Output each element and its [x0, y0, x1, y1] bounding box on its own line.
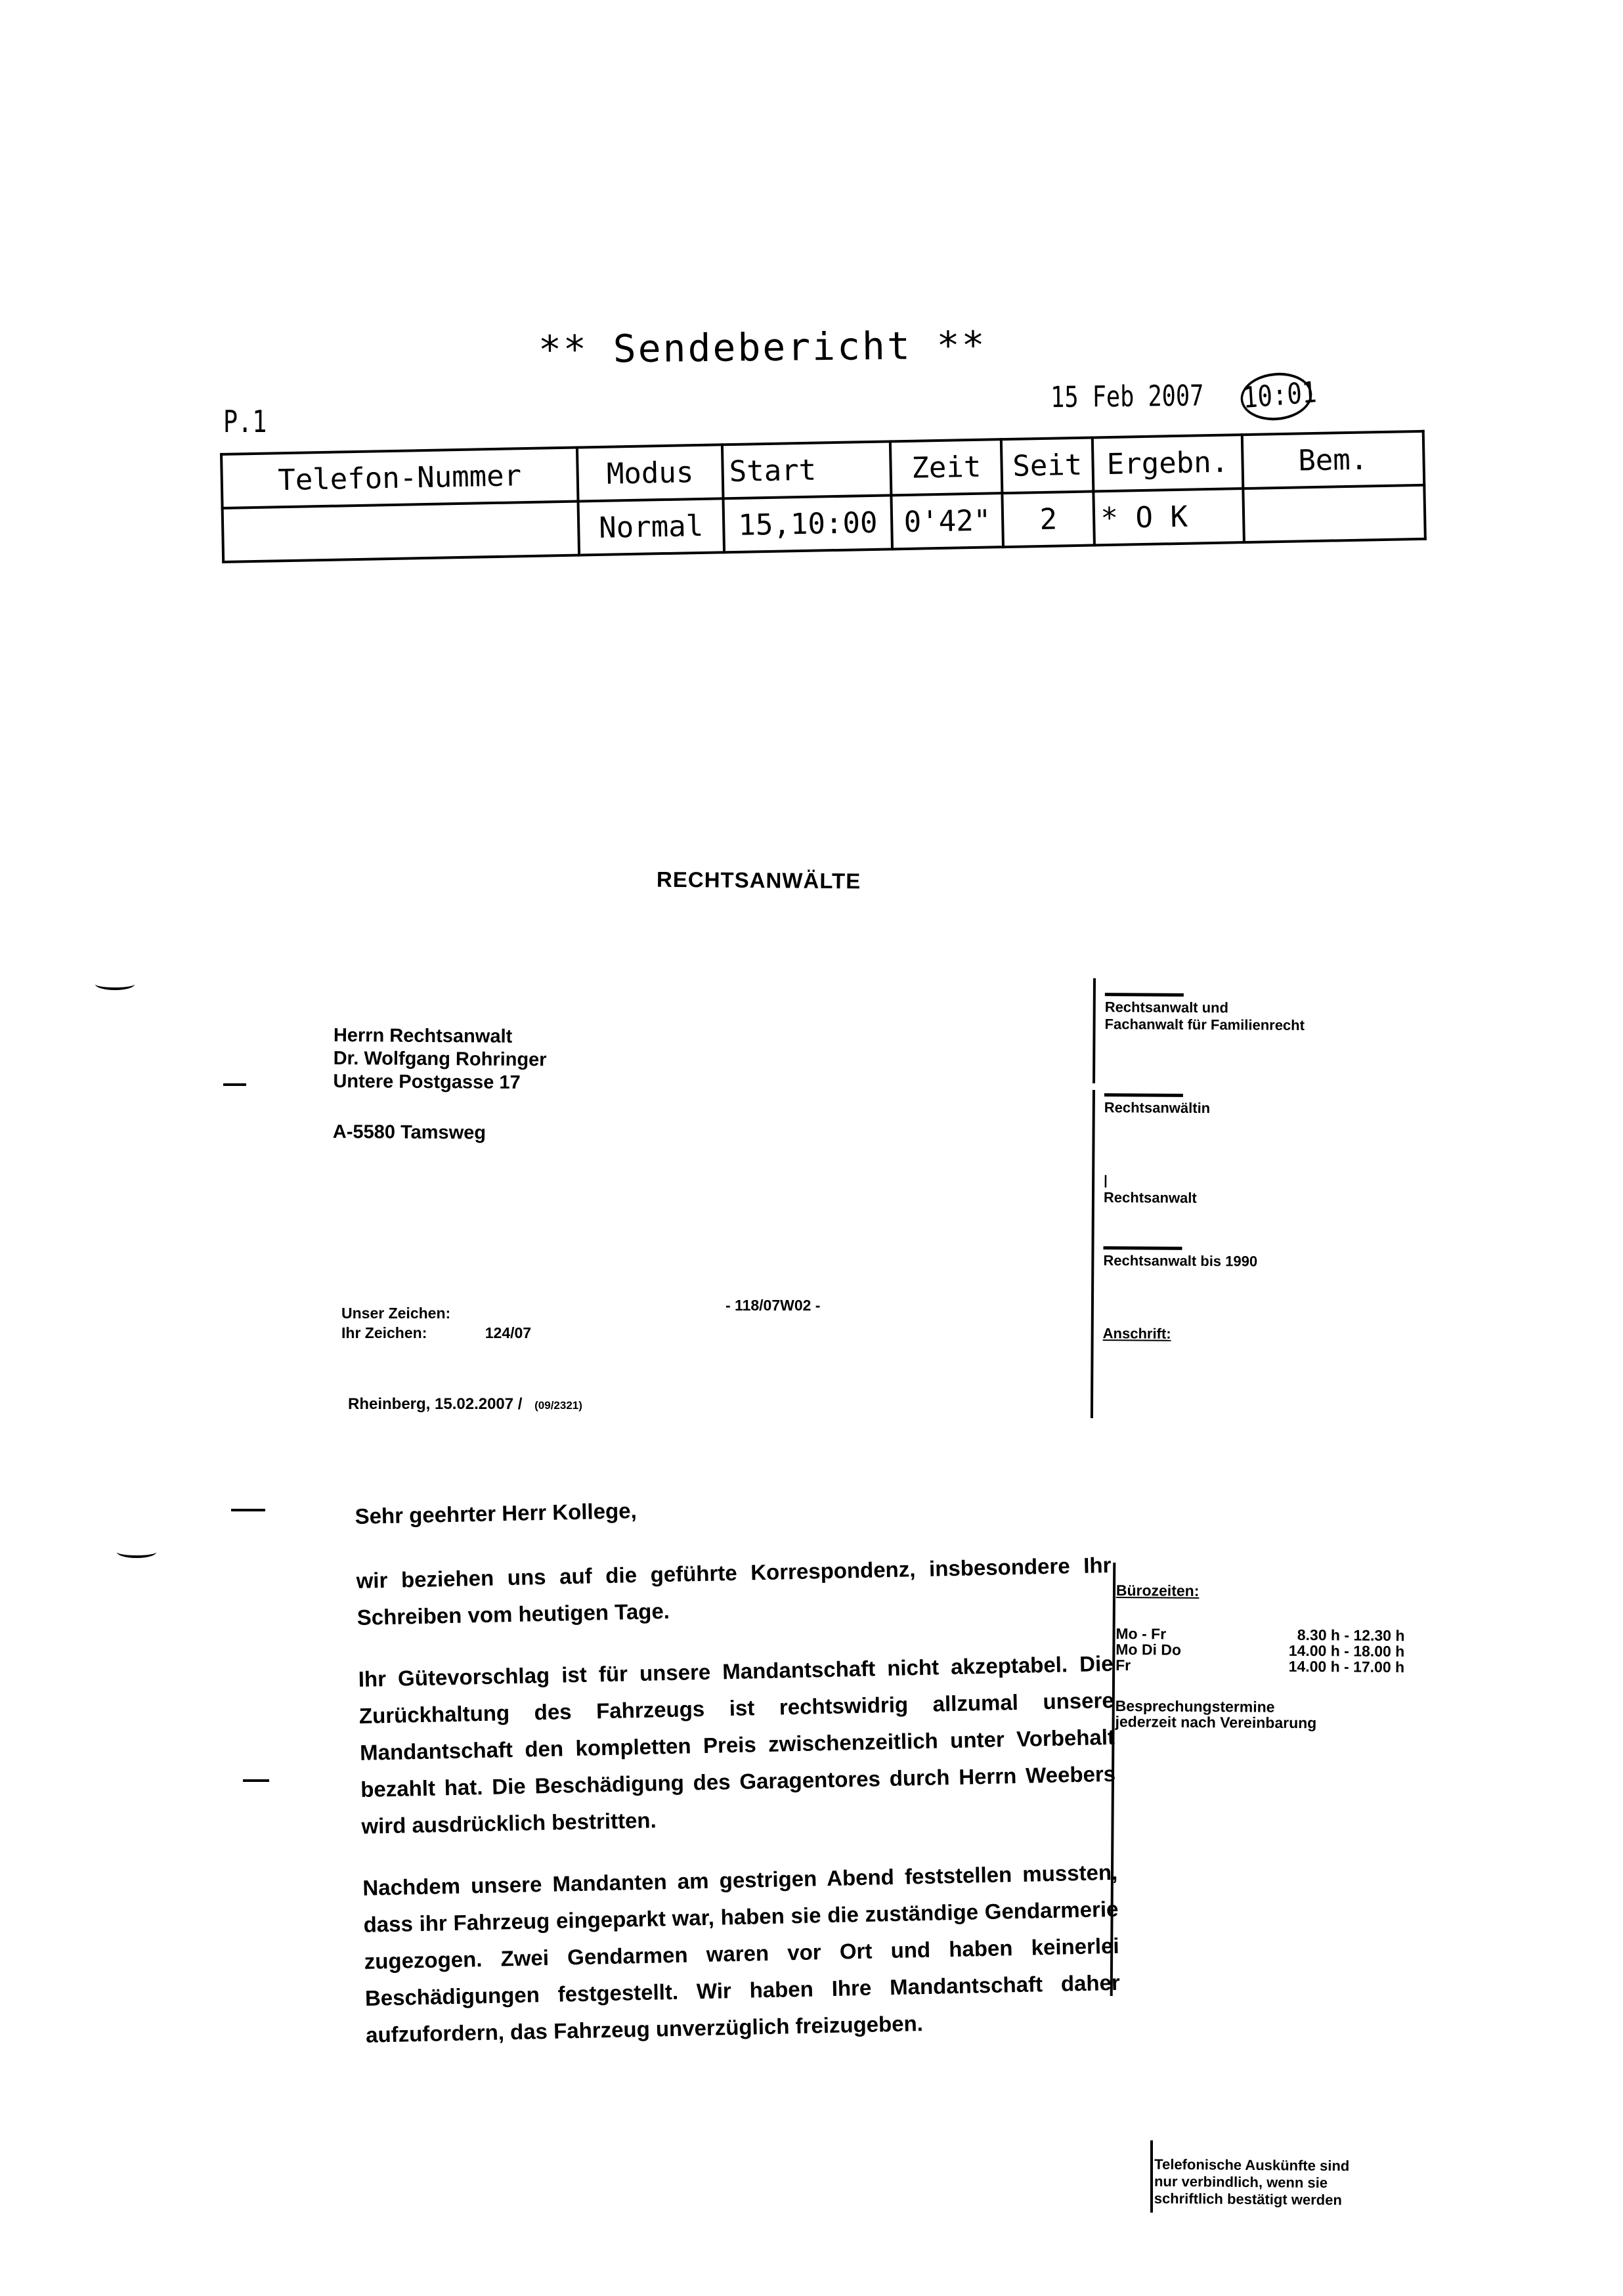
recipient-city: A-5580 Tamsweg — [333, 1121, 546, 1145]
cell-result: * O K — [1094, 488, 1244, 545]
appointments-note: Besprechungstermine jederzeit nach Verei… — [1115, 1698, 1404, 1731]
column-header-pages: Seit — [1001, 437, 1094, 493]
address-heading: Anschrift: — [1103, 1325, 1171, 1343]
punch-hole-mark — [117, 1546, 156, 1558]
cell-remarks — [1243, 485, 1425, 542]
office-hours-heading: Bürozeiten: — [1116, 1582, 1405, 1600]
hours-day: Fr — [1115, 1657, 1234, 1674]
column-header-start: Start — [722, 441, 892, 498]
cell-mode: Normal — [578, 498, 724, 555]
cell-duration: 0'42" — [892, 493, 1003, 549]
lawyer-4-title: Rechtsanwalt bis 1990 — [1103, 1252, 1257, 1270]
redacted-name-bar — [1104, 1093, 1183, 1097]
sidebar-rule — [1091, 1090, 1095, 1418]
column-header-mode: Modus — [577, 444, 724, 501]
sidebar-lawyer-4: Rechtsanwalt bis 1990 — [1103, 1246, 1257, 1270]
fax-report-date: 15 Feb 2007 — [1050, 379, 1203, 414]
disclaimer-line: schriftlich bestätigt werden — [1154, 2190, 1349, 2209]
office-hours-row: Fr 14.00 h - 17.00 h — [1115, 1657, 1404, 1675]
place-date-text: Rheinberg, 15.02.2007 / — [348, 1395, 522, 1413]
column-header-result: Ergebn. — [1093, 435, 1243, 491]
hours-day: Mo Di Do — [1115, 1641, 1234, 1658]
your-reference-label: Ihr Zeichen: — [341, 1324, 427, 1341]
reference-code: - 118/07W02 - — [725, 1297, 820, 1314]
your-reference-value: 124/07 — [485, 1323, 531, 1343]
cell-start: 15,10:00 — [723, 495, 892, 552]
fax-report-table: Telefon-Nummer Modus Start Zeit Seit Erg… — [220, 430, 1427, 563]
sidebar-lawyer-1: Rechtsanwalt und Fachanwalt für Familien… — [1104, 993, 1305, 1034]
sidebar-rule — [1093, 978, 1096, 1083]
recipient-title: Herrn Rechtsanwalt — [334, 1024, 547, 1049]
paragraph-1: wir beziehen uns auf die geführte Korres… — [356, 1547, 1112, 1636]
place-date-suffix: (09/2321) — [534, 1399, 582, 1412]
letterhead-sidebar: Rechtsanwalt und Fachanwalt für Familien… — [1093, 978, 1408, 980]
letterhead: RECHTSANWÄLTE — [657, 867, 861, 894]
disclaimer-rule — [1150, 2140, 1153, 2213]
hours-time: 8.30 h - 12.30 h — [1234, 1626, 1404, 1643]
letter-body: Sehr geehrter Herr Kollege, wir beziehen… — [355, 1483, 1121, 2079]
punch-hole-mark — [95, 978, 135, 990]
lawyer-2-title: Rechtsanwältin — [1104, 1099, 1211, 1117]
sidebar-lawyer-2: Rechtsanwältin — [1104, 1093, 1211, 1117]
column-header-duration: Zeit — [890, 439, 1002, 495]
fold-mark — [231, 1509, 265, 1511]
fold-mark — [243, 1779, 269, 1782]
fold-mark — [223, 1083, 246, 1086]
hours-time: 14.00 h - 17.00 h — [1234, 1658, 1404, 1675]
lawyer-1-title: Rechtsanwalt und — [1105, 999, 1305, 1017]
redacted-name-bar — [1103, 1246, 1182, 1250]
paragraph-2: Ihr Gütevorschlag ist für unsere Mandant… — [358, 1645, 1117, 1845]
cell-pages: 2 — [1002, 491, 1094, 547]
place-and-date: Rheinberg, 15.02.2007 / (09/2321) — [348, 1395, 582, 1414]
hours-time: 14.00 h - 18.00 h — [1234, 1642, 1404, 1659]
our-reference: Unser Zeichen: — [341, 1303, 531, 1323]
fax-page-number: P.1 — [223, 404, 267, 439]
phone-disclaimer: Telefonische Auskünfte sind nur verbindl… — [1154, 2156, 1350, 2209]
column-header-phone: Telefon-Nummer — [221, 448, 578, 508]
office-hours-row: Mo Di Do 14.00 h - 18.00 h — [1115, 1641, 1404, 1659]
cell-phone — [223, 502, 579, 562]
recipient-address: Herrn Rechtsanwalt Dr. Wolfgang Rohringe… — [333, 1024, 547, 1145]
recipient-street: Untere Postgasse 17 — [333, 1070, 546, 1094]
disclaimer-line: Telefonische Auskünfte sind — [1154, 2156, 1349, 2175]
salutation: Sehr geehrter Herr Kollege, — [355, 1483, 1110, 1535]
office-hours: Bürozeiten: Mo - Fr 8.30 h - 12.30 h Mo … — [1115, 1582, 1405, 1731]
fax-report-time-circled: 10:01 — [1240, 370, 1314, 423]
our-reference-label: Unser Zeichen: — [341, 1305, 450, 1322]
redacted-name-bar — [1105, 993, 1184, 997]
disclaimer-line: nur verbindlich, wenn sie — [1154, 2173, 1349, 2192]
column-header-remarks: Bem. — [1242, 431, 1424, 488]
sidebar-lawyer-3: | Rechtsanwalt — [1104, 1172, 1197, 1207]
fax-report-title: ** Sendebericht ** — [538, 322, 987, 372]
recipient-name: Dr. Wolfgang Rohringer — [334, 1047, 547, 1072]
hours-day: Mo - Fr — [1115, 1626, 1234, 1642]
paragraph-3: Nachdem unsere Mandanten am gestrigen Ab… — [362, 1854, 1121, 2054]
reference-block: Unser Zeichen: Ihr Zeichen: 124/07 — [341, 1303, 531, 1343]
appointments-note-line2: jederzeit nach Vereinbarung — [1115, 1714, 1404, 1731]
your-reference: Ihr Zeichen: 124/07 — [341, 1323, 531, 1343]
lawyer-3-title: Rechtsanwalt — [1104, 1189, 1197, 1207]
lawyer-1-specialty: Fachanwalt für Familienrecht — [1104, 1016, 1305, 1034]
